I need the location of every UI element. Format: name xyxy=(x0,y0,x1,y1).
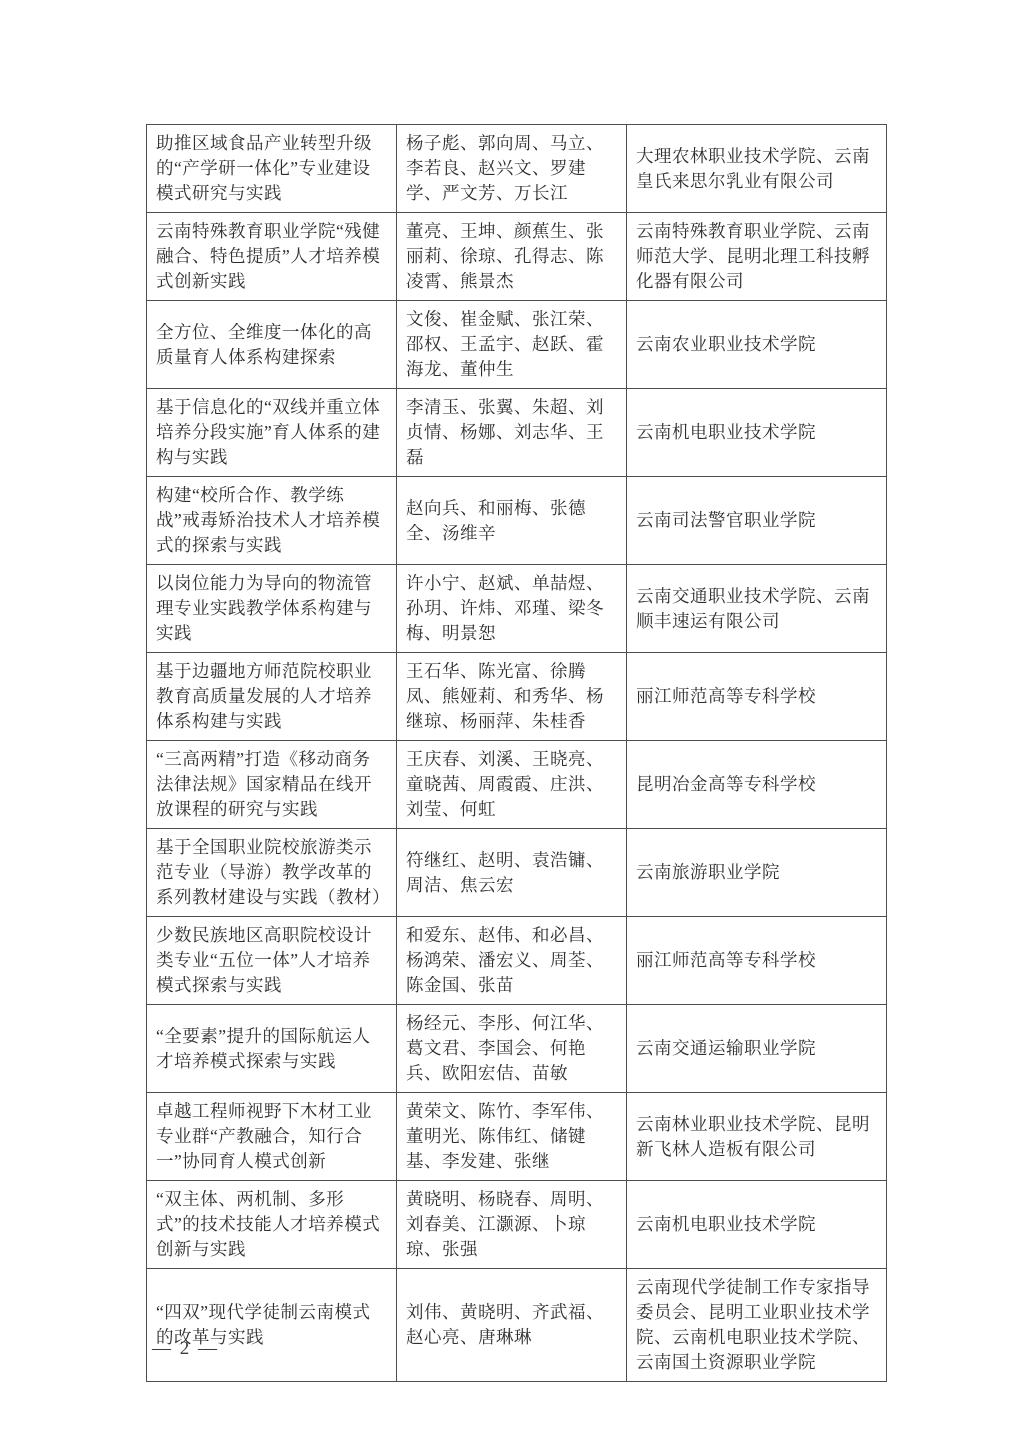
projects-table: 助推区域食品产业转型升级的“产学研一体化”专业建设模式研究与实践 杨子彪、郭向周… xyxy=(146,124,887,1382)
project-name-cell: “三高两精”打造《移动商务法律法规》国家精品在线开放课程的研究与实践 xyxy=(147,741,397,829)
project-name-cell: 助推区域食品产业转型升级的“产学研一体化”专业建设模式研究与实践 xyxy=(147,125,397,213)
table-row: 基于边疆地方师范院校职业教育高质量发展的人才培养体系构建与实践 王石华、陈光富、… xyxy=(147,653,887,741)
institutions-cell: 云南交通职业技术学院、云南顺丰速运有限公司 xyxy=(627,565,887,653)
project-name-cell: 少数民族地区高职院校设计类专业“五位一体”人才培养模式探索与实践 xyxy=(147,917,397,1005)
project-name-cell: 基于边疆地方师范院校职业教育高质量发展的人才培养体系构建与实践 xyxy=(147,653,397,741)
institutions-cell: 昆明冶金高等专科学校 xyxy=(627,741,887,829)
table-row: 云南特殊教育职业学院“残健融合、特色提质”人才培养模式创新实践 董亮、王坤、颜蕉… xyxy=(147,213,887,301)
table-row: “双主体、两机制、多形式”的技术技能人才培养模式创新与实践 黄晓明、杨晓春、周明… xyxy=(147,1181,887,1269)
table-row: “四双”现代学徒制云南模式的改革与实践 刘伟、黄晓明、齐武福、赵心亮、唐琳琳 云… xyxy=(147,1269,887,1382)
team-members-cell: 董亮、王坤、颜蕉生、张丽莉、徐琼、孔得志、陈凌霄、熊景杰 xyxy=(397,213,627,301)
document-page: 助推区域食品产业转型升级的“产学研一体化”专业建设模式研究与实践 杨子彪、郭向周… xyxy=(0,0,1024,1448)
team-members-cell: 杨经元、李彤、何江华、葛文君、李国会、何艳兵、欧阳宏佶、苗敏 xyxy=(397,1005,627,1093)
team-members-cell: 和爱东、赵伟、和必昌、杨鸿荣、潘宏义、周荃、陈金国、张苗 xyxy=(397,917,627,1005)
team-members-cell: 许小宁、赵斌、单喆煜、孙玥、许炜、邓瑾、梁冬梅、明景恕 xyxy=(397,565,627,653)
project-name-cell: 卓越工程师视野下木材工业专业群“产教融合，知行合一”协同育人模式创新 xyxy=(147,1093,397,1181)
institutions-cell: 云南林业职业技术学院、昆明新飞林人造板有限公司 xyxy=(627,1093,887,1181)
table-row: 助推区域食品产业转型升级的“产学研一体化”专业建设模式研究与实践 杨子彪、郭向周… xyxy=(147,125,887,213)
institutions-cell: 丽江师范高等专科学校 xyxy=(627,917,887,1005)
team-members-cell: 杨子彪、郭向周、马立、李若良、赵兴文、罗建学、严文芳、万长江 xyxy=(397,125,627,213)
table-row: “全要素”提升的国际航运人才培养模式探索与实践 杨经元、李彤、何江华、葛文君、李… xyxy=(147,1005,887,1093)
institutions-cell: 大理农林职业技术学院、云南皇氏来思尔乳业有限公司 xyxy=(627,125,887,213)
table-row: 构建“校所合作、教学练战”戒毒矫治技术人才培养模式的探索与实践 赵向兵、和丽梅、… xyxy=(147,477,887,565)
project-name-cell: 基于全国职业院校旅游类示范专业（导游）教学改革的系列教材建设与实践（教材） xyxy=(147,829,397,917)
table-row: 基于全国职业院校旅游类示范专业（导游）教学改革的系列教材建设与实践（教材） 符继… xyxy=(147,829,887,917)
team-members-cell: 文俊、崔金赋、张江荣、邵权、王孟宇、赵跃、霍海龙、董仲生 xyxy=(397,301,627,389)
team-members-cell: 赵向兵、和丽梅、张德全、汤维辛 xyxy=(397,477,627,565)
table-row: 少数民族地区高职院校设计类专业“五位一体”人才培养模式探索与实践 和爱东、赵伟、… xyxy=(147,917,887,1005)
institutions-cell: 云南交通运输职业学院 xyxy=(627,1005,887,1093)
project-name-cell: “四双”现代学徒制云南模式的改革与实践 xyxy=(147,1269,397,1382)
project-name-cell: 以岗位能力为导向的物流管理专业实践教学体系构建与实践 xyxy=(147,565,397,653)
institutions-cell: 云南机电职业技术学院 xyxy=(627,389,887,477)
institutions-cell: 丽江师范高等专科学校 xyxy=(627,653,887,741)
project-name-cell: “双主体、两机制、多形式”的技术技能人才培养模式创新与实践 xyxy=(147,1181,397,1269)
table-row: 卓越工程师视野下木材工业专业群“产教融合，知行合一”协同育人模式创新 黄荣文、陈… xyxy=(147,1093,887,1181)
team-members-cell: 符继红、赵明、袁浩镛、周洁、焦云宏 xyxy=(397,829,627,917)
institutions-cell: 云南旅游职业学院 xyxy=(627,829,887,917)
table-row: 以岗位能力为导向的物流管理专业实践教学体系构建与实践 许小宁、赵斌、单喆煜、孙玥… xyxy=(147,565,887,653)
table-row: 基于信息化的“双线并重立体培养分段实施”育人体系的建构与实践 李清玉、张翼、朱超… xyxy=(147,389,887,477)
institutions-cell: 云南农业职业技术学院 xyxy=(627,301,887,389)
project-name-cell: “全要素”提升的国际航运人才培养模式探索与实践 xyxy=(147,1005,397,1093)
team-members-cell: 黄晓明、杨晓春、周明、刘春美、江灏源、卜琼琼、张强 xyxy=(397,1181,627,1269)
team-members-cell: 黄荣文、陈竹、李军伟、董明光、陈伟红、储键基、李发建、张继 xyxy=(397,1093,627,1181)
team-members-cell: 王石华、陈光富、徐腾凤、熊娅莉、和秀华、杨继琼、杨丽萍、朱桂香 xyxy=(397,653,627,741)
project-name-cell: 基于信息化的“双线并重立体培养分段实施”育人体系的建构与实践 xyxy=(147,389,397,477)
team-members-cell: 刘伟、黄晓明、齐武福、赵心亮、唐琳琳 xyxy=(397,1269,627,1382)
project-name-cell: 构建“校所合作、教学练战”戒毒矫治技术人才培养模式的探索与实践 xyxy=(147,477,397,565)
project-name-cell: 全方位、全维度一体化的高质量育人体系构建探索 xyxy=(147,301,397,389)
institutions-cell: 云南司法警官职业学院 xyxy=(627,477,887,565)
team-members-cell: 王庆春、刘溪、王晓亮、童晓茜、周霞霞、庄洪、刘莹、何虹 xyxy=(397,741,627,829)
institutions-cell: 云南机电职业技术学院 xyxy=(627,1181,887,1269)
table-row: 全方位、全维度一体化的高质量育人体系构建探索 文俊、崔金赋、张江荣、邵权、王孟宇… xyxy=(147,301,887,389)
institutions-cell: 云南现代学徒制工作专家指导委员会、昆明工业职业技术学院、云南机电职业技术学院、云… xyxy=(627,1269,887,1382)
table-row: “三高两精”打造《移动商务法律法规》国家精品在线开放课程的研究与实践 王庆春、刘… xyxy=(147,741,887,829)
page-number: — 2 — xyxy=(152,1338,219,1360)
project-name-cell: 云南特殊教育职业学院“残健融合、特色提质”人才培养模式创新实践 xyxy=(147,213,397,301)
institutions-cell: 云南特殊教育职业学院、云南师范大学、昆明北理工科技孵化器有限公司 xyxy=(627,213,887,301)
team-members-cell: 李清玉、张翼、朱超、刘贞情、杨娜、刘志华、王磊 xyxy=(397,389,627,477)
